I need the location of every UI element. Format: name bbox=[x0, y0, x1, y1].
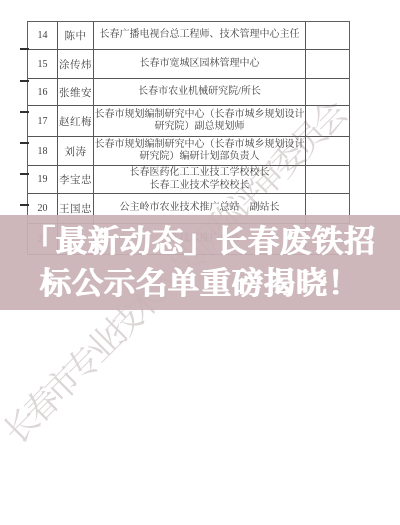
title-cell: 长春广播电视台总工程师、技术管理中心主任 bbox=[94, 22, 306, 49]
row-number-cell: 18 bbox=[28, 137, 58, 165]
row-number-cell: 14 bbox=[28, 22, 58, 49]
name-cell: 刘涛 bbox=[58, 137, 94, 165]
row-number-cell: 17 bbox=[28, 106, 58, 136]
name-cell: 张维安 bbox=[58, 79, 94, 105]
banner-headline-line1: 「最新动态」长春废铁招 bbox=[24, 221, 376, 263]
title-line: 研究院）副总规划师 bbox=[155, 121, 245, 134]
edge-tick bbox=[20, 173, 29, 175]
name-cell: 李宝忠 bbox=[58, 166, 94, 193]
title-line: 研究院）编研计划部负责人 bbox=[140, 151, 260, 164]
edge-tick bbox=[20, 204, 29, 206]
table-row: 14陈中长春广播电视台总工程师、技术管理中心主任 bbox=[28, 22, 349, 50]
title-line: 长春广播电视台总工程师、技术管理中心主任 bbox=[100, 29, 300, 42]
edge-tick bbox=[20, 80, 29, 82]
name-cell: 涂传炜 bbox=[58, 50, 94, 78]
row-number-cell: 15 bbox=[28, 50, 58, 78]
scanned-document-page: 14陈中长春广播电视台总工程师、技术管理中心主任15涂传炜长春市宽城区园林管理中… bbox=[0, 0, 400, 525]
title-cell: 长春市农业机械研究院/所长 bbox=[94, 79, 306, 105]
table-row: 15涂传炜长春市宽城区园林管理中心 bbox=[28, 50, 349, 79]
edge-tick bbox=[20, 111, 29, 113]
edge-tick bbox=[20, 48, 29, 50]
empty-cell bbox=[306, 22, 349, 49]
banner-headline-line2: 标公示名单重磅揭晓！ bbox=[40, 263, 360, 305]
empty-cell bbox=[306, 166, 349, 193]
table-row: 16张维安长春市农业机械研究院/所长 bbox=[28, 79, 349, 106]
title-line: 长春市宽城区园林管理中心 bbox=[140, 58, 260, 71]
title-cell: 长春市宽城区园林管理中心 bbox=[94, 50, 306, 78]
row-number-cell: 19 bbox=[28, 166, 58, 193]
name-cell: 赵红梅 bbox=[58, 106, 94, 136]
title-line: 长春市规划编制研究中心（长春市城乡规划设计 bbox=[95, 109, 305, 122]
name-cell: 陈中 bbox=[58, 22, 94, 49]
title-cell: 长春市规划编制研究中心（长春市城乡规划设计研究院）副总规划师 bbox=[94, 106, 306, 136]
row-number-cell: 16 bbox=[28, 79, 58, 105]
edge-tick bbox=[20, 142, 29, 144]
promo-banner: 「最新动态」长春废铁招 标公示名单重磅揭晓！ bbox=[0, 215, 400, 310]
title-line: 长春市农业机械研究院/所长 bbox=[138, 86, 261, 99]
